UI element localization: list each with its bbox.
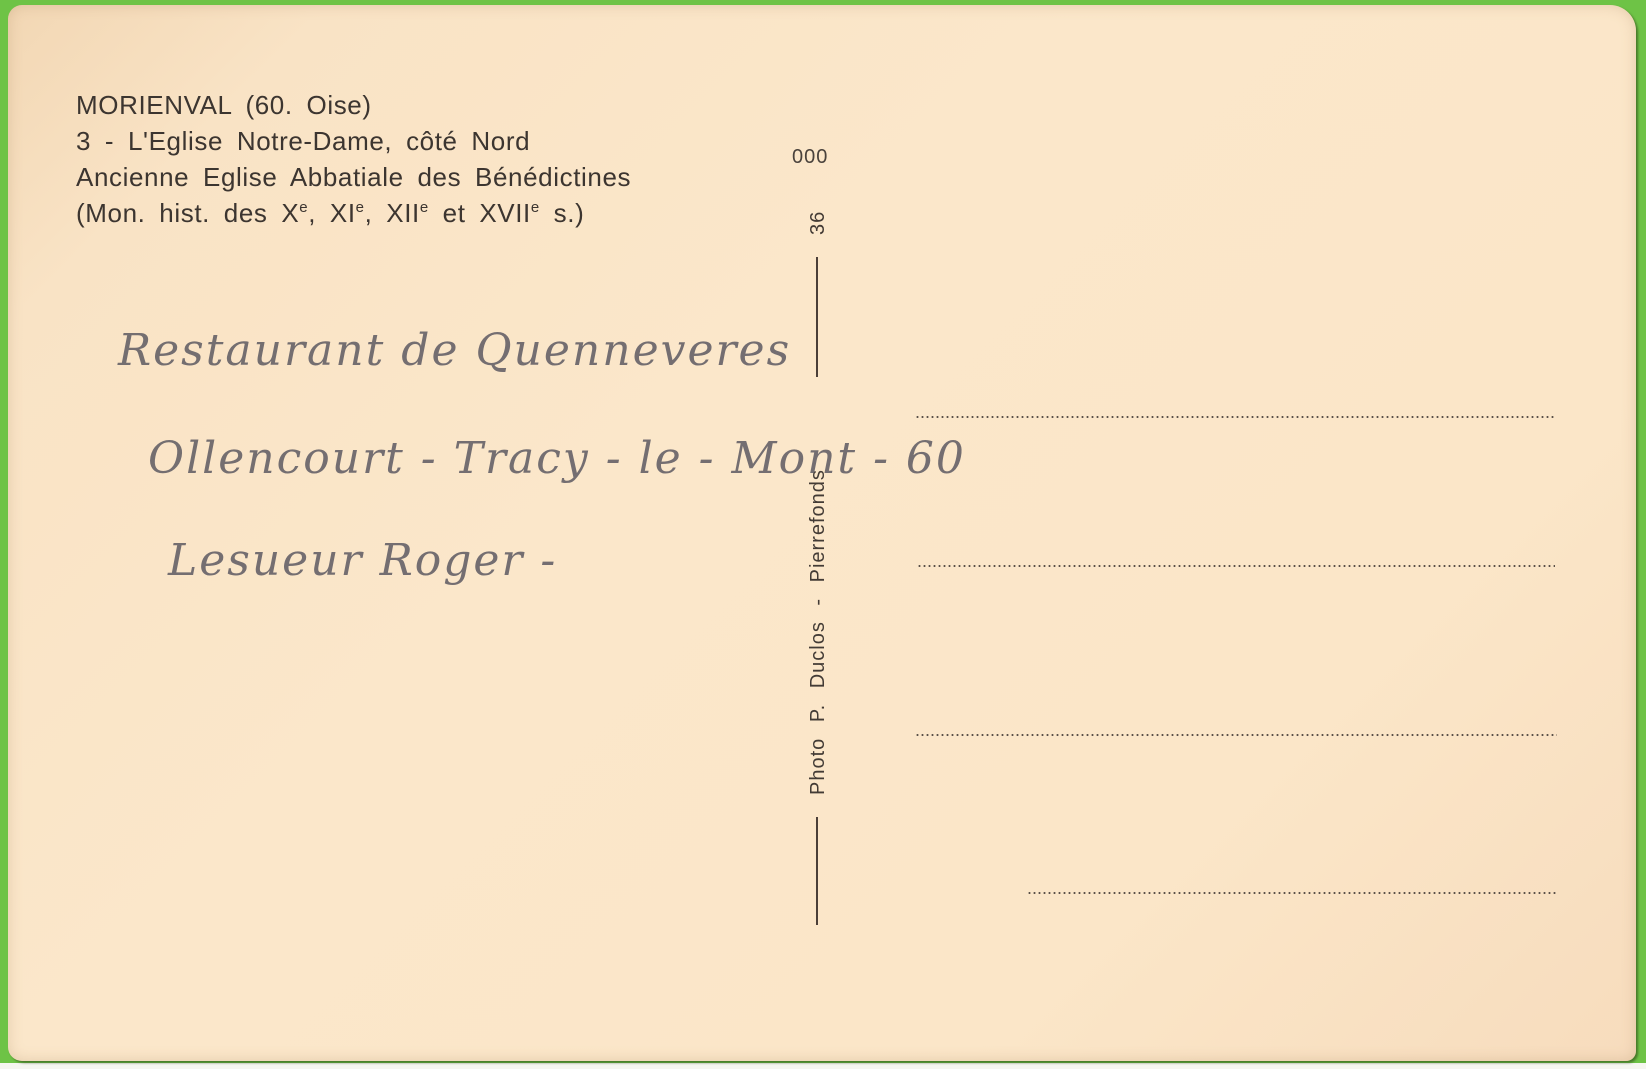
caption-part: , XII [365, 198, 420, 228]
caption-monument-info: (Mon. hist. des Xe, XIe, XIIe et XVIIe s… [76, 195, 631, 231]
caption-superscript: e [420, 199, 429, 216]
serial-code: 000 [792, 146, 828, 169]
handwritten-line-1: Restaurant de Quenneveres [118, 325, 791, 376]
caption-location: MORIENVAL (60. Oise) [76, 87, 631, 123]
address-line-4 [1027, 892, 1557, 894]
scan-bottom-strip [0, 1063, 1646, 1069]
caption-superscript: e [299, 199, 308, 216]
printed-caption: MORIENVAL (60. Oise) 3 - L'Eglise Notre-… [76, 87, 631, 231]
address-line-3 [915, 734, 1557, 736]
caption-superscript: e [356, 199, 365, 216]
caption-part: (Mon. hist. des X [76, 198, 299, 228]
address-line-2 [917, 565, 1555, 567]
handwritten-line-2: Ollencourt - Tracy - le - Mont - 60 [148, 433, 966, 484]
address-line-1 [915, 416, 1555, 418]
caption-part: et XVII [429, 198, 531, 228]
caption-subtitle: Ancienne Eglise Abbatiale des Bénédictin… [76, 159, 631, 195]
photo-credit: Photo P. Duclos - Pierrefonds [807, 469, 830, 795]
caption-part: s.) [540, 198, 585, 228]
caption-part: , XI [308, 198, 355, 228]
caption-superscript: e [531, 199, 540, 216]
handwritten-line-3: Lesueur Roger - [168, 535, 557, 586]
caption-title: 3 - L'Eglise Notre-Dame, côté Nord [76, 123, 631, 159]
divider-line-top [816, 257, 818, 377]
postcard-back: MORIENVAL (60. Oise) 3 - L'Eglise Notre-… [8, 5, 1636, 1061]
card-number: 36 [807, 211, 830, 235]
divider-line-bottom [816, 817, 818, 925]
